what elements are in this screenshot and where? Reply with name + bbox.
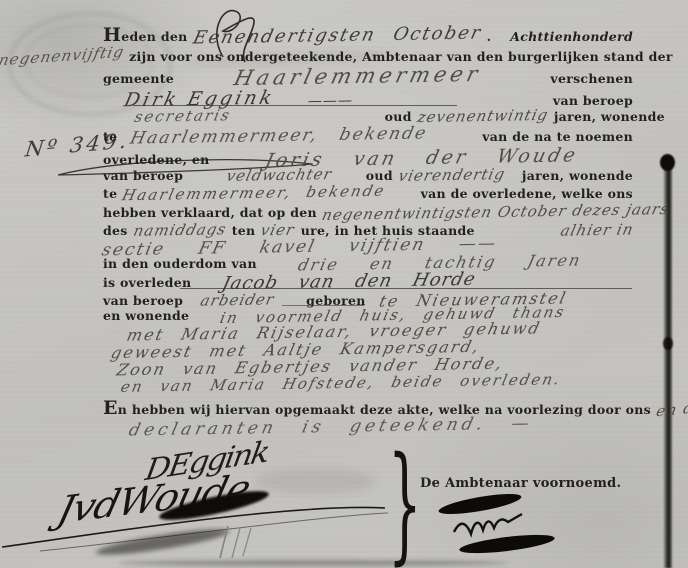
- printed-jaren-wonende: jaren, wonende: [554, 109, 665, 124]
- printed-ouderdom: in den ouderdom van: [103, 256, 257, 271]
- printed-van-beroep: van beroep: [103, 168, 183, 183]
- act-line-age-at-death: in den ouderdom van drie en tachtig Jare…: [103, 253, 633, 272]
- pencil-marks-icon: [212, 520, 262, 562]
- act-line-declarant1-details: secretaris oud zevenentwintig jaren, won…: [103, 107, 633, 125]
- act-line-declarant2-residence: te Haarlemmermeer, bekende van de overle…: [103, 184, 633, 202]
- act-line-declaration-date: hebben verklaard, dat op den negenentwin…: [103, 203, 633, 221]
- entry-declarant1-occupation: secretaris: [133, 106, 233, 126]
- act-line-mother: en van Maria Hofstede, beide overleden.: [122, 374, 652, 392]
- printed-te: te: [103, 129, 117, 144]
- act-line-year: negenenvijftig zijn voor ons ondergeteek…: [0, 47, 633, 65]
- official-signature-icon: [432, 492, 582, 554]
- entry-declarant1-age: zevenentwintig: [415, 106, 550, 126]
- ink-blot: [663, 337, 673, 350]
- entry-declarant1-residence: Haarlemmermeer, bekende: [128, 123, 430, 148]
- act-line-opening: Heden den Eenendertigsten October . Acht…: [103, 24, 633, 46]
- printed-van-beroep: van beroep: [553, 93, 633, 108]
- entry-day-month: Eenendertigsten October: [191, 22, 484, 48]
- printed-period: .: [487, 29, 492, 44]
- printed-achttienhonderd: Achttienhonderd: [510, 29, 633, 44]
- entry-mother-name: en van Maria Hofstede, beide overleden.: [119, 370, 563, 396]
- printed-ten: ten: [232, 223, 256, 238]
- page-bottom-shadow: [118, 560, 508, 566]
- printed-jaren-wonende: jaren, wonende: [522, 168, 633, 183]
- ink-blot: [660, 154, 675, 171]
- official-label: De Ambtenaar voornoemd.: [420, 476, 621, 491]
- printed-na-te-noemen: van de na te noemen: [482, 129, 633, 144]
- bleedthrough-smear: [255, 468, 375, 494]
- entry-signed-note: declaranten is geteekend. —: [127, 413, 535, 440]
- act-line-municipality: gemeente Haarlemmermeer verschenen: [103, 64, 633, 88]
- printed-gemeente: gemeente: [103, 71, 174, 86]
- entry-declarant2-residence: Haarlemmermeer, bekende: [121, 182, 388, 205]
- printed-intro: zijn voor ons ondergeteekende, Ambtenaar…: [129, 49, 673, 64]
- printed-oud: oud: [385, 109, 412, 124]
- printed-des: des: [103, 223, 128, 238]
- printed-verschenen: verschenen: [550, 71, 633, 86]
- printed-overledene-en: overledene, en: [103, 152, 210, 167]
- death-record-page: Nº 349. Heden den Eenendertigsten Octobe…: [0, 0, 688, 568]
- form-rule: [133, 105, 457, 106]
- printed-en-wonende: en wonende: [103, 308, 189, 323]
- printed-hebben-verklaard: hebben verklaard, dat op den: [103, 205, 317, 220]
- printed-welke-ons: van de overledene, welke ons: [421, 186, 633, 201]
- entry-declarant2-age: vierendertig: [397, 165, 508, 185]
- binding-edge: [663, 158, 673, 568]
- printed-te: te: [103, 186, 117, 201]
- printed-is-overleden: is overleden: [103, 275, 191, 290]
- act-line-declarant1-residence: te Haarlemmermeer, bekende van de na te …: [103, 126, 633, 146]
- printed-oud: oud: [366, 168, 393, 183]
- closing-brace: }: [388, 441, 422, 567]
